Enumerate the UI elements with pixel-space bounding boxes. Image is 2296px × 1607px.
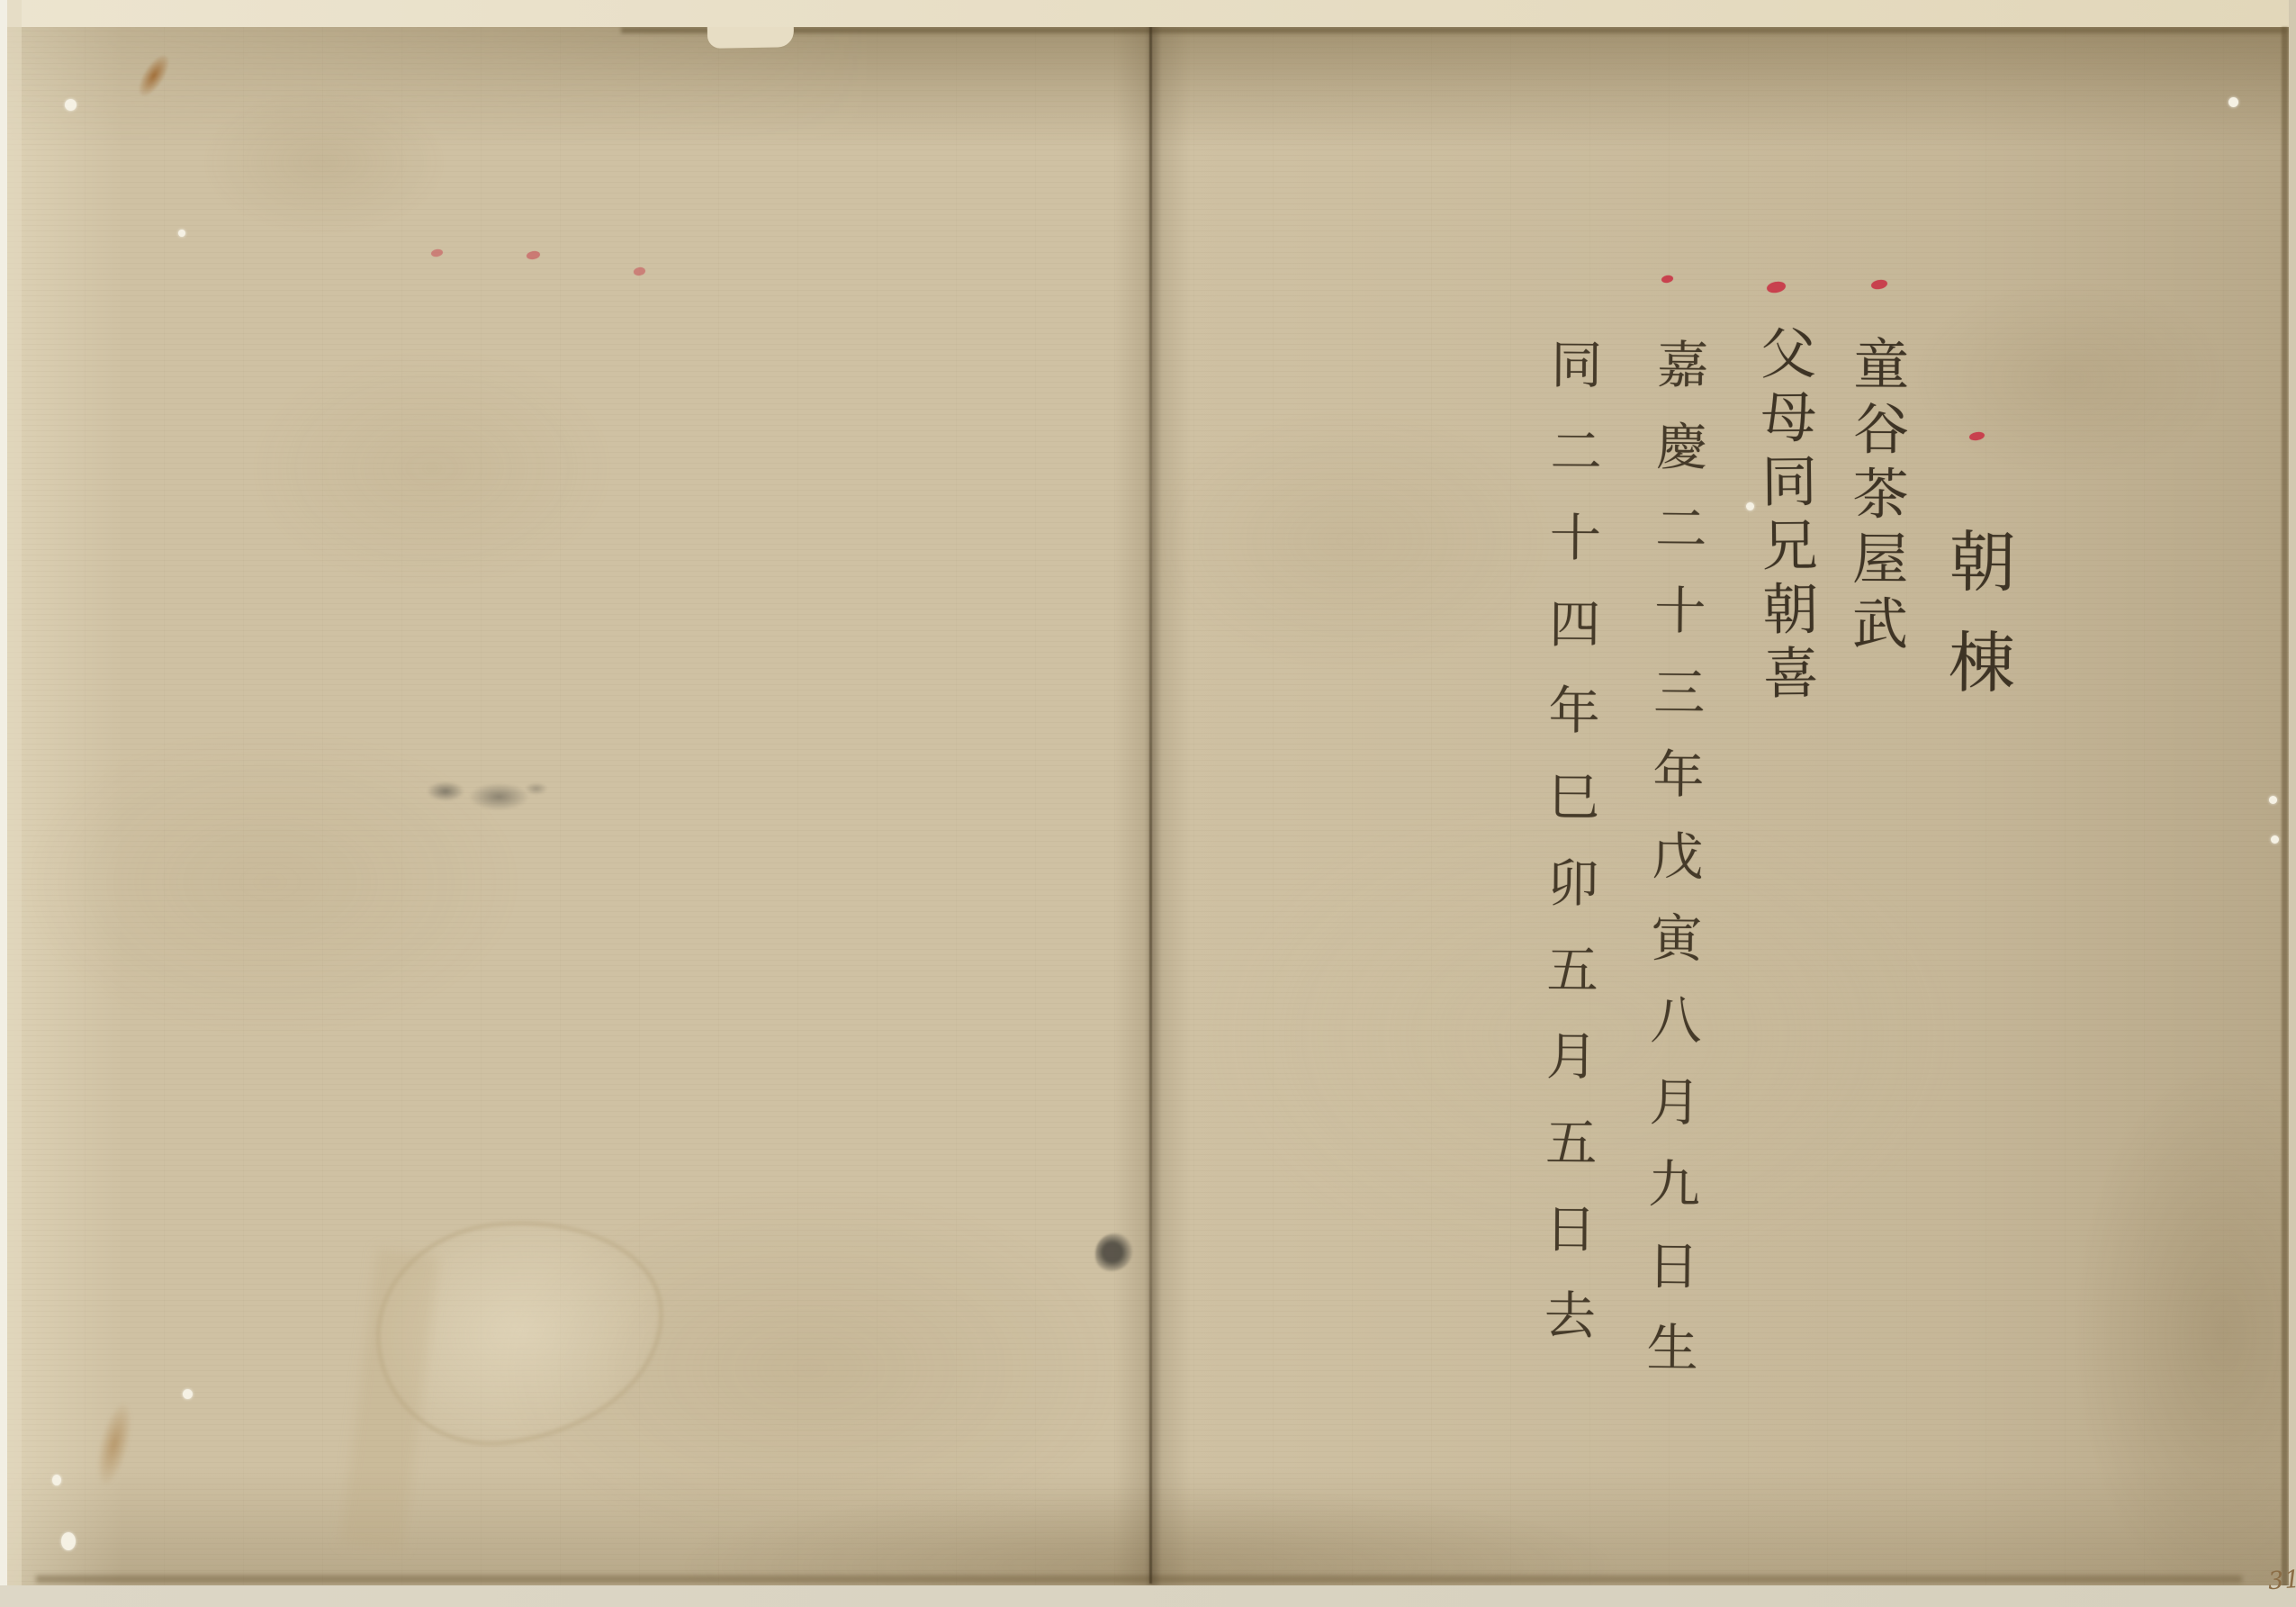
charcoal-smudge-stain	[410, 767, 554, 821]
center-fold-crease	[1149, 27, 1152, 1584]
scan-edge-top	[0, 0, 2296, 27]
paper-fleck	[2228, 97, 2238, 107]
scan-edge-bottom	[0, 1585, 2296, 1607]
paper-fleck	[2271, 835, 2279, 844]
scan-edge-left-inner	[7, 0, 22, 1607]
document-scan: 朝棟 童谷茶屋武 父母同兄朝喜 嘉慶二十三年戊寅八月九日生 同二十四年巳卯五月五…	[0, 0, 2296, 1607]
scan-edge-left	[0, 0, 7, 1607]
entry-title-column: 朝棟	[1942, 527, 2011, 729]
paper-fleck	[2269, 796, 2277, 804]
right-page-shading	[1179, 25, 2289, 1585]
scan-edge-right	[2289, 0, 2296, 1607]
entry-death-date-column: 同二十四年巳卯五月五日去	[1539, 338, 1598, 1375]
paper-fleck	[65, 99, 77, 111]
top-edge-chip	[707, 24, 794, 49]
entry-birth-date-column: 嘉慶二十三年戊寅八月九日生	[1642, 338, 1704, 1404]
paper-fleck	[61, 1532, 76, 1550]
paper-fleck	[178, 230, 185, 237]
center-fold-shadow	[1114, 25, 1190, 1585]
page-number: 31	[2267, 1566, 2296, 1595]
paper-fleck	[52, 1475, 61, 1485]
entry-name-column: 童谷茶屋武	[1847, 335, 1904, 659]
entry-parents-column: 父母同兄朝喜	[1755, 324, 1814, 709]
page-right-edge-line	[2282, 27, 2288, 1589]
paper-fleck	[183, 1389, 193, 1399]
